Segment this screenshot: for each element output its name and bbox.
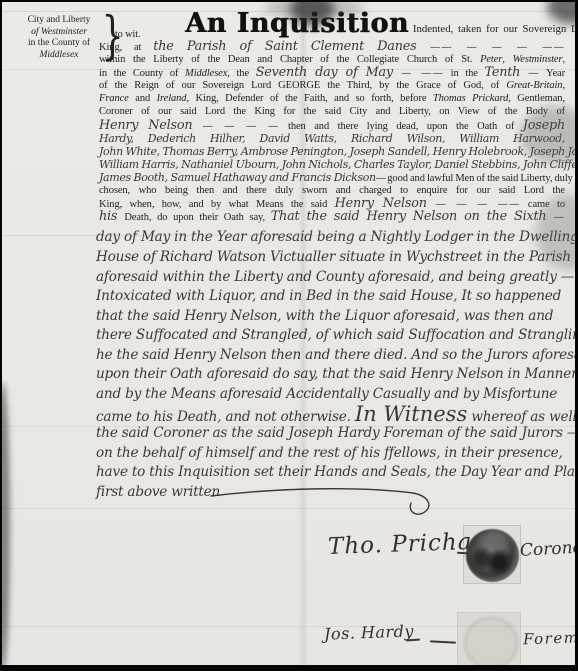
document-line: there Suffocated and Strangled, of which…	[96, 326, 565, 346]
document-line: of the Reign of our Sovereign Lord GEORG…	[99, 79, 565, 92]
document-line: on the behalf of himself and the rest of…	[96, 444, 565, 464]
document-line: House of Richard Watson Victualler situa…	[96, 248, 565, 268]
printed-italic-text: Ireland	[157, 93, 187, 104]
printed-text: in the County of	[99, 68, 185, 79]
document-line: aforesaid within the Liberty and County …	[96, 268, 565, 288]
printed-italic-text: Peter	[480, 54, 502, 65]
printed-text: good and lawful Men of the said Liberty,…	[387, 173, 573, 184]
ink-dash-filler: — ——	[401, 67, 444, 79]
printed-italic-text: Great-Britain	[506, 80, 562, 91]
handwritten-text: James Booth, Samuel Hathaway and Francis…	[99, 171, 376, 184]
handwritten-text: that the said Henry Nelson, with the Liq…	[96, 308, 553, 324]
handwritten-large-text: In Witness	[355, 402, 467, 426]
foreman-wax-seal	[457, 612, 521, 669]
document-line: came to his Death, and not otherwise. In…	[96, 405, 565, 425]
printed-text: and	[129, 93, 157, 104]
printed-text: Coroner of our said Lord the King for th…	[99, 106, 565, 117]
handwritten-text: John White, Thomas Berry, Ambrose Pening…	[99, 145, 578, 158]
printed-text: , Gentleman,	[508, 93, 565, 104]
coroner-wax-seal	[463, 525, 521, 584]
ink-dash-filler: —	[554, 211, 566, 223]
ink-dash-filler: —— — — — ——	[430, 41, 565, 53]
handwritten-text-block: day of May in the Year aforesaid being a…	[96, 228, 565, 502]
printed-italic-text: Westminster	[513, 54, 563, 65]
ink-dash-filler: —	[376, 172, 388, 184]
handwritten-text: have to this Inquisition set their Hands…	[96, 464, 578, 480]
handwritten-text: Henry Nelson	[99, 118, 202, 133]
document-line: Hardy, Dederich Hilher, David Watts, Ric…	[99, 132, 565, 145]
handwritten-text: Intoxicated with Liquor, and in Bed in t…	[96, 288, 561, 304]
handwritten-text: first above written	[96, 484, 220, 500]
printed-text: in the	[444, 68, 485, 79]
document-line: he the said Henry Nelson then and there …	[96, 346, 565, 366]
document-line: King, at the Parish of Saint Clement Dan…	[99, 40, 565, 53]
handwritten-text: whereof as well	[467, 409, 576, 425]
printed-text-block: King, at the Parish of Saint Clement Dan…	[99, 40, 565, 223]
handwritten-text: the Parish of Saint Clement Danes	[153, 39, 429, 54]
foreman-signature: Jos. Hardy	[324, 621, 414, 643]
document-line: France and Ireland, King, Defender of th…	[99, 92, 565, 105]
printed-text: then and there lying dead, upon the Oath…	[279, 121, 522, 132]
handwritten-text: he the said Henry Nelson then and there …	[96, 347, 578, 363]
signature-dash	[406, 639, 420, 642]
printed-italic-text: France	[99, 93, 129, 104]
document-title: An Inquisition	[185, 8, 409, 39]
document-heading: An Inquisition Indented, taken for our S…	[99, 8, 565, 38]
handwritten-text: came to his Death, and not otherwise.	[96, 409, 355, 425]
handwritten-text: Hardy, Dederich Hilher, David Watts, Ric…	[99, 132, 565, 145]
handwritten-text: there Suffocated and Strangled, of which…	[96, 327, 578, 343]
printed-text: , King, Defender of the Faith, and so fo…	[186, 93, 432, 104]
document-line: day of May in the Year aforesaid being a…	[96, 228, 565, 248]
margin-note-line: in the County of	[16, 38, 102, 50]
margin-note-line: Middlesex	[16, 50, 102, 62]
printed-text: ,	[562, 80, 565, 91]
margin-note-line: City and Liberty	[16, 15, 102, 27]
ink-dash-filler: — — — —	[202, 120, 279, 132]
coroner-title-label: Coroner	[520, 537, 578, 561]
document-line: have to this Inquisition set their Hands…	[96, 463, 565, 483]
printed-italic-text: Middlesex	[185, 68, 227, 79]
handwritten-text: Tenth	[484, 65, 528, 80]
ink-dash-filler: —	[567, 425, 578, 441]
printed-text: ,	[502, 54, 512, 65]
document-line: his Death, do upon their Oath say, That …	[99, 210, 565, 223]
handwritten-text: Seventh day of May	[256, 65, 401, 80]
handwritten-text: on the behalf of himself and the rest of…	[96, 445, 563, 461]
fold-crease	[299, 2, 307, 665]
document-line: the said Coroner as the said Joseph Hard…	[96, 424, 565, 444]
document-title-suffix: Indented, taken for our Sovereign Lord t…	[413, 23, 578, 35]
document-line: that the said Henry Nelson, with the Liq…	[96, 307, 565, 327]
handwritten-text: House of Richard Watson Victualler situa…	[96, 249, 575, 265]
document-line: and by the Means aforesaid Accidentally …	[96, 385, 565, 405]
document-line: Intoxicated with Liquor, and in Bed in t…	[96, 287, 565, 307]
document-line: in the County of Middlesex, the Seventh …	[99, 66, 565, 79]
handwritten-text: and by the Means aforesaid Accidentally …	[96, 386, 557, 402]
ink-dash-filler: —	[528, 67, 540, 79]
printed-text: Death, do upon their Oath say,	[124, 212, 270, 223]
document-line: James Booth, Samuel Hathaway and Francis…	[99, 171, 565, 184]
printed-italic-text: Thomas Prickard	[433, 93, 508, 104]
handwritten-text: upon their Oath aforesaid do say, that t…	[96, 366, 577, 382]
wax-seal-impression	[466, 529, 519, 582]
to-wit-label: to wit.	[115, 29, 141, 40]
printed-text: Year	[540, 68, 565, 79]
faint-seal-impression	[464, 617, 518, 669]
printed-text: ,	[562, 54, 565, 65]
inquisition-document-page: City and Liberty of Westminster in the C…	[0, 0, 578, 671]
edge-shadow	[0, 382, 10, 671]
document-line: upon their Oath aforesaid do say, that t…	[96, 365, 565, 385]
document-line: John White, Thomas Berry, Ambrose Pening…	[99, 145, 565, 158]
handwritten-text: day of May in the Year aforesaid being a…	[96, 229, 578, 245]
handwritten-text: That the said Henry Nelson on the Sixth	[271, 209, 554, 224]
document-line: William Harris, Nathaniel Ubourn, John N…	[99, 158, 565, 171]
handwritten-text: Joseph	[523, 118, 565, 133]
printed-text: , the	[227, 68, 255, 79]
handwritten-text: William Harris, Nathaniel Ubourn, John N…	[99, 158, 578, 171]
margin-note: City and Liberty of Westminster in the C…	[16, 15, 102, 61]
printed-text: chosen, who being then and there duly sw…	[99, 185, 565, 196]
handwritten-text: his	[99, 209, 124, 224]
margin-note-line: of Westminster	[16, 27, 102, 39]
pen-flourish	[207, 484, 442, 518]
document-line: Henry Nelson — — — — then and there lyin…	[99, 119, 565, 132]
signature-dash	[430, 640, 456, 643]
printed-text: within the Liberty of the Dean and Chapt…	[99, 54, 480, 65]
handwritten-text: the said Coroner as the said Joseph Hard…	[96, 425, 567, 441]
ink-dash-filler: —	[561, 269, 576, 285]
handwritten-text: aforesaid within the Liberty and County …	[96, 269, 561, 285]
document-line: chosen, who being then and there duly sw…	[99, 184, 565, 197]
foreman-title-label: Foreman	[523, 628, 578, 649]
